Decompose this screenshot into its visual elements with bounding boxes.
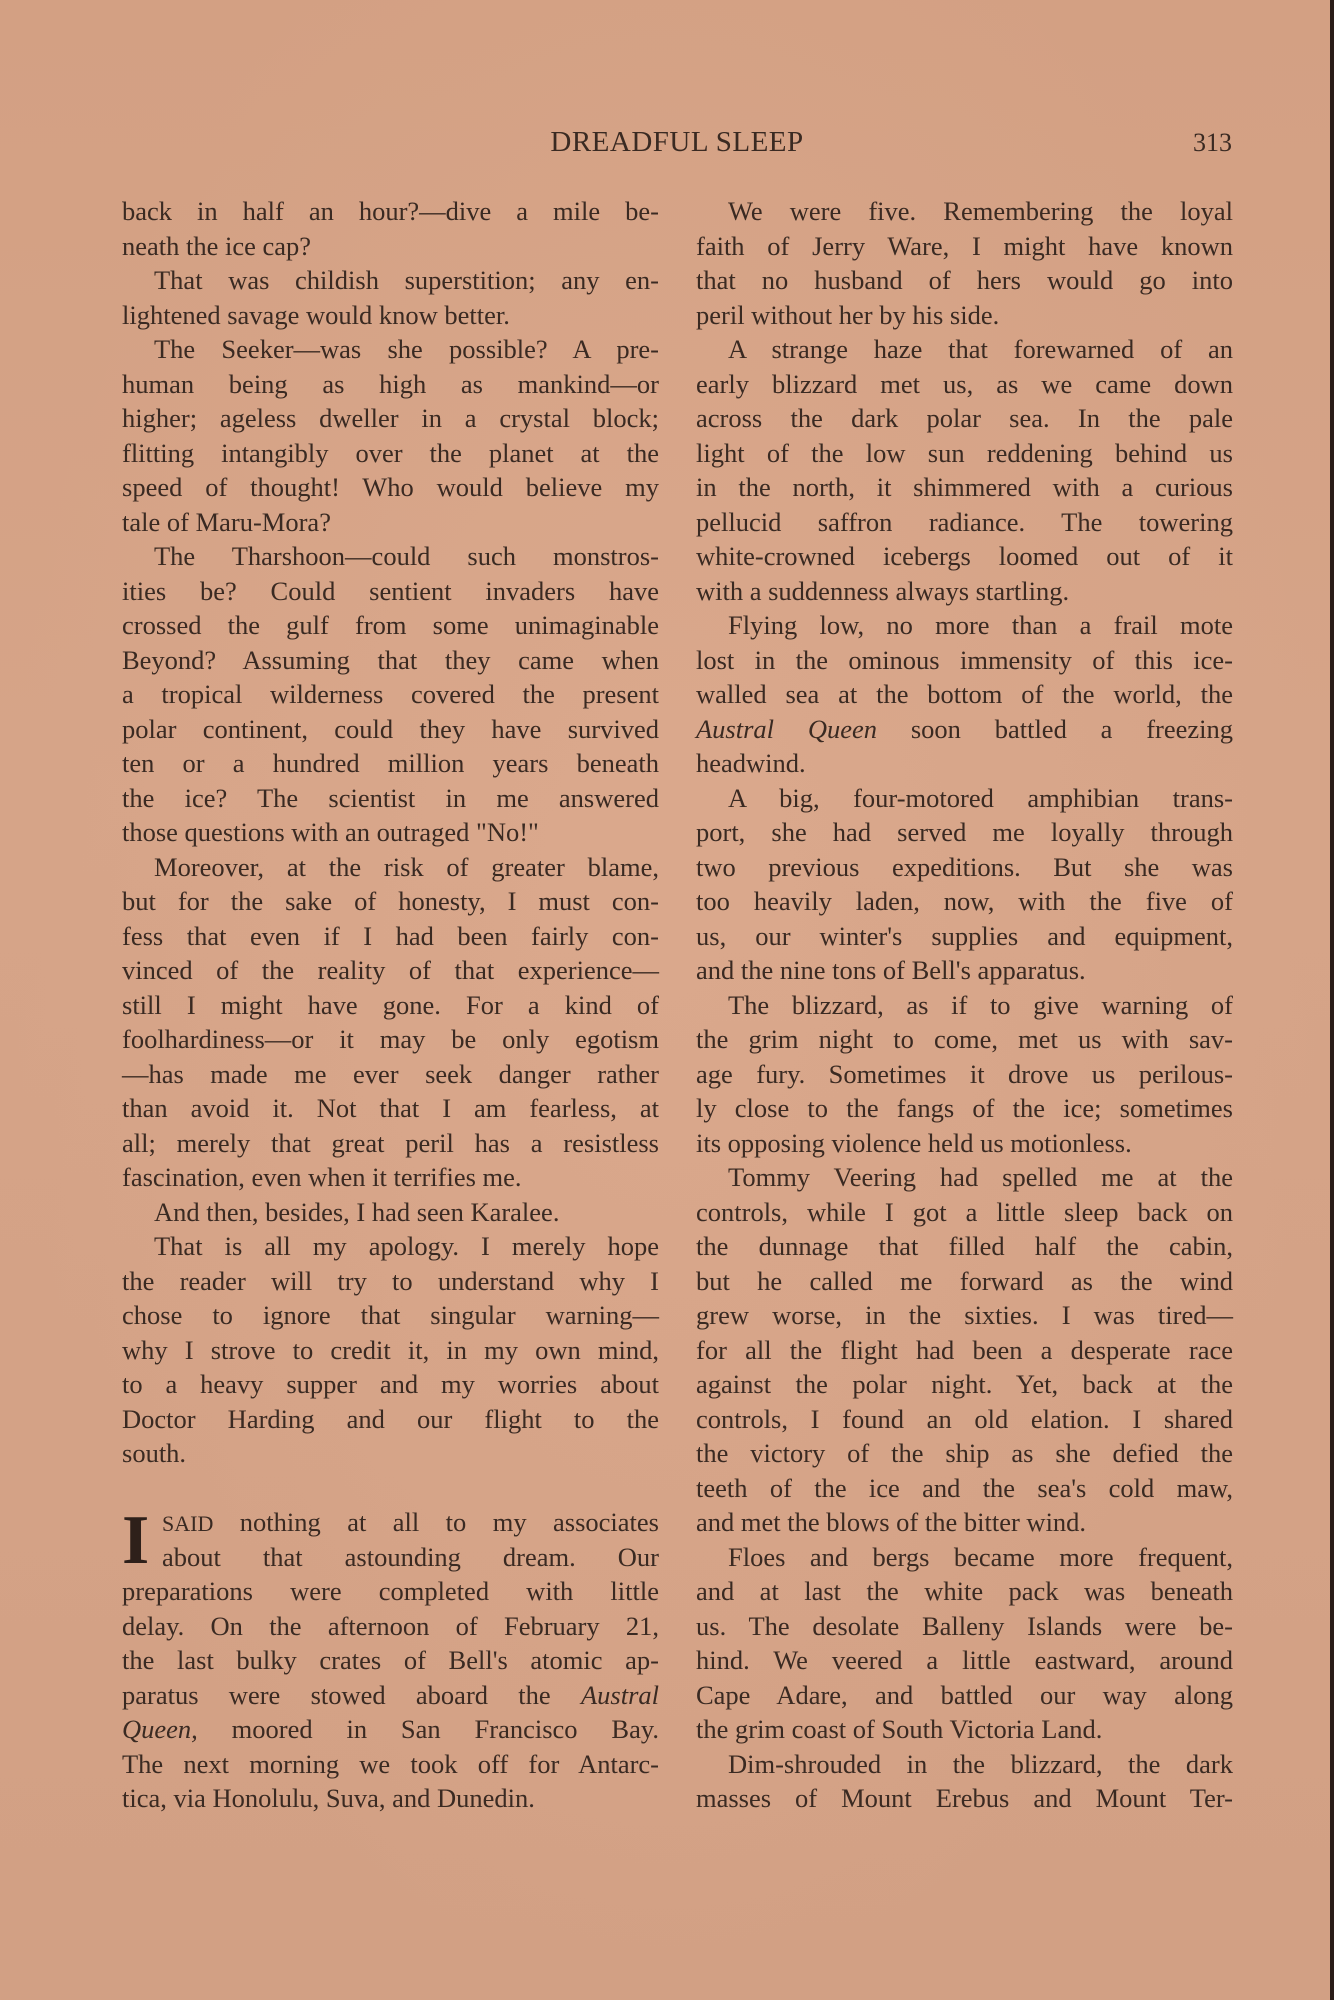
text-line: early blizzard met us, as we came down xyxy=(696,367,1233,402)
text-line: ities be? Could sentient invaders have xyxy=(122,574,659,609)
text-line: us. The desolate Balleny Islands were be… xyxy=(696,1609,1233,1644)
text-line: tica, via Honolulu, Suva, and Dunedin. xyxy=(122,1781,659,1816)
text-line: in the north, it shimmered with a curiou… xyxy=(696,470,1233,505)
text-line: polar continent, could they have survive… xyxy=(122,712,659,747)
text-line: ly close to the fangs of the ice; someti… xyxy=(696,1091,1233,1126)
text-line: south. xyxy=(122,1436,659,1471)
text-line: That is all my apology. I merely hope xyxy=(122,1229,659,1264)
text-line: A strange haze that forewarned of an xyxy=(696,332,1233,367)
text-line: higher; ageless dweller in a crystal blo… xyxy=(122,401,659,436)
text-line: preparations were completed with little xyxy=(122,1574,659,1609)
text-line: Austral Queen soon battled a freezing xyxy=(696,712,1233,747)
text-line: Doctor Harding and our flight to the xyxy=(122,1402,659,1437)
text-line: ten or a hundred million years beneath xyxy=(122,746,659,781)
text-line: for all the flight had been a desperate … xyxy=(696,1333,1233,1368)
text-line: Tommy Veering had spelled me at the xyxy=(696,1160,1233,1195)
text-line: the last bulky crates of Bell's atomic a… xyxy=(122,1643,659,1678)
text-line: masses of Mount Erebus and Mount Ter- xyxy=(696,1781,1233,1816)
text-line: those questions with an outraged "No!" xyxy=(122,815,659,850)
right-column: We were five. Remembering the loyal fait… xyxy=(696,194,1233,1816)
left-column: back in half an hour?—dive a mile be- ne… xyxy=(122,194,659,1816)
text-line: why I strove to credit it, in my own min… xyxy=(122,1333,659,1368)
text-line: all; merely that great peril has a resis… xyxy=(122,1126,659,1161)
section-break xyxy=(122,1471,659,1506)
text-line: A big, four-motored amphibian trans- xyxy=(696,781,1233,816)
text-fragment: moored in San Francisco Bay. xyxy=(232,1714,659,1744)
text-line: fess that even if I had been fairly con- xyxy=(122,919,659,954)
text-line: paratus were stowed aboard the Austral xyxy=(122,1678,659,1713)
text-line: And then, besides, I had seen Karalee. xyxy=(122,1195,659,1230)
text-line: a tropical wilderness covered the presen… xyxy=(122,677,659,712)
text-line: controls, while I got a little sleep bac… xyxy=(696,1195,1233,1230)
text-line: flitting intangibly over the planet at t… xyxy=(122,436,659,471)
text-line: human being as high as mankind—or xyxy=(122,367,659,402)
text-line: that no husband of hers would go into xyxy=(696,263,1233,298)
text-line: against the polar night. Yet, back at th… xyxy=(696,1367,1233,1402)
text-line: than avoid it. Not that I am fearless, a… xyxy=(122,1091,659,1126)
text-line: light of the low sun reddening behind us xyxy=(696,436,1233,471)
text-line: The blizzard, as if to give warning of xyxy=(696,988,1233,1023)
text-line: the dunnage that filled half the cabin, xyxy=(696,1229,1233,1264)
text-line: neath the ice cap? xyxy=(122,229,659,264)
text-line: controls, I found an old elation. I shar… xyxy=(696,1402,1233,1437)
section-opening: I SAID nothing at all to my associates a… xyxy=(122,1505,659,1574)
text-line: —has made me ever seek danger rather xyxy=(122,1057,659,1092)
text-line: hind. We veered a little eastward, aroun… xyxy=(696,1643,1233,1678)
text-line: That was childish superstition; any en- xyxy=(122,263,659,298)
text-line: its opposing violence held us motionless… xyxy=(696,1126,1233,1161)
text-line: Flying low, no more than a frail mote xyxy=(696,608,1233,643)
text-line: us, our winter's supplies and equipment, xyxy=(696,919,1233,954)
chapter-title: DREADFUL SLEEP xyxy=(122,126,1232,159)
text-line: grew worse, in the sixties. I was tired— xyxy=(696,1298,1233,1333)
text-line: vinced of the reality of that experience… xyxy=(122,953,659,988)
text-line: teeth of the ice and the sea's cold maw, xyxy=(696,1471,1233,1506)
page-number: 313 xyxy=(1193,128,1232,158)
text-line: the victory of the ship as she defied th… xyxy=(696,1436,1233,1471)
text-line: and at last the white pack was beneath xyxy=(696,1574,1233,1609)
ship-name-italic: Austral xyxy=(581,1680,659,1710)
drop-cap: I xyxy=(122,1511,149,1571)
text-line: faith of Jerry Ware, I might have known xyxy=(696,229,1233,264)
text-line: but he called me forward as the wind xyxy=(696,1264,1233,1299)
page-edge-shadow xyxy=(1330,0,1334,2000)
small-caps-word: SAID xyxy=(162,1511,213,1536)
text-line: Queen, moored in San Francisco Bay. xyxy=(122,1712,659,1747)
text-line: The Seeker—was she possible? A pre- xyxy=(122,332,659,367)
text-line: Beyond? Assuming that they came when xyxy=(122,643,659,678)
text-line: SAID nothing at all to my associates xyxy=(122,1505,659,1540)
text-line: age fury. Sometimes it drove us perilous… xyxy=(696,1057,1233,1092)
text-line: about that astounding dream. Our xyxy=(122,1540,659,1575)
text-line: to a heavy supper and my worries about xyxy=(122,1367,659,1402)
text-line: delay. On the afternoon of February 21, xyxy=(122,1609,659,1644)
text-line: foolhardiness—or it may be only egotism xyxy=(122,1022,659,1057)
text-line: The next morning we took off for Antarc- xyxy=(122,1747,659,1782)
text-line: too heavily laden, now, with the five of xyxy=(696,884,1233,919)
text-line: with a suddenness always startling. xyxy=(696,574,1233,609)
text-line: We were five. Remembering the loyal xyxy=(696,194,1233,229)
text-line: but for the sake of honesty, I must con- xyxy=(122,884,659,919)
text-line: Moreover, at the risk of greater blame, xyxy=(122,850,659,885)
text-line: the grim night to come, met us with sav- xyxy=(696,1022,1233,1057)
text-line: speed of thought! Who would believe my xyxy=(122,470,659,505)
text-line: across the dark polar sea. In the pale xyxy=(696,401,1233,436)
text-line: tale of Maru-Mora? xyxy=(122,505,659,540)
ship-name-italic: Austral Queen xyxy=(696,714,877,744)
text-line: and met the blows of the bitter wind. xyxy=(696,1505,1233,1540)
text-line: still I might have gone. For a kind of xyxy=(122,988,659,1023)
text-line: pellucid saffron radiance. The towering xyxy=(696,505,1233,540)
text-line: walled sea at the bottom of the world, t… xyxy=(696,677,1233,712)
text-line: peril without her by his side. xyxy=(696,298,1233,333)
text-fragment: paratus were stowed aboard the xyxy=(122,1680,551,1710)
text-line: lightened savage would know better. xyxy=(122,298,659,333)
text-line: fascination, even when it terrifies me. xyxy=(122,1160,659,1195)
text-line: Dim-shrouded in the blizzard, the dark xyxy=(696,1747,1233,1782)
text-line: chose to ignore that singular warning— xyxy=(122,1298,659,1333)
text-fragment: soon battled a freezing xyxy=(911,714,1233,744)
text-line: The Tharshoon—could such monstros- xyxy=(122,539,659,574)
text-line: two previous expeditions. But she was xyxy=(696,850,1233,885)
text-line: white-crowned icebergs loomed out of it xyxy=(696,539,1233,574)
text-line: the reader will try to understand why I xyxy=(122,1264,659,1299)
text-line: crossed the gulf from some unimaginable xyxy=(122,608,659,643)
text-line: Floes and bergs became more frequent, xyxy=(696,1540,1233,1575)
text-line: the ice? The scientist in me answered xyxy=(122,781,659,816)
text-fragment: nothing at all to my associates xyxy=(240,1507,659,1537)
text-line: the grim coast of South Victoria Land. xyxy=(696,1712,1233,1747)
text-line: and the nine tons of Bell's apparatus. xyxy=(696,953,1233,988)
text-line: port, she had served me loyally through xyxy=(696,815,1233,850)
running-header: DREADFUL SLEEP 313 xyxy=(122,122,1232,162)
text-line: Cape Adare, and battled our way along xyxy=(696,1678,1233,1713)
ship-name-italic: Queen, xyxy=(122,1714,198,1744)
text-line: back in half an hour?—dive a mile be- xyxy=(122,194,659,229)
text-line: lost in the ominous immensity of this ic… xyxy=(696,643,1233,678)
text-line: headwind. xyxy=(696,746,1233,781)
